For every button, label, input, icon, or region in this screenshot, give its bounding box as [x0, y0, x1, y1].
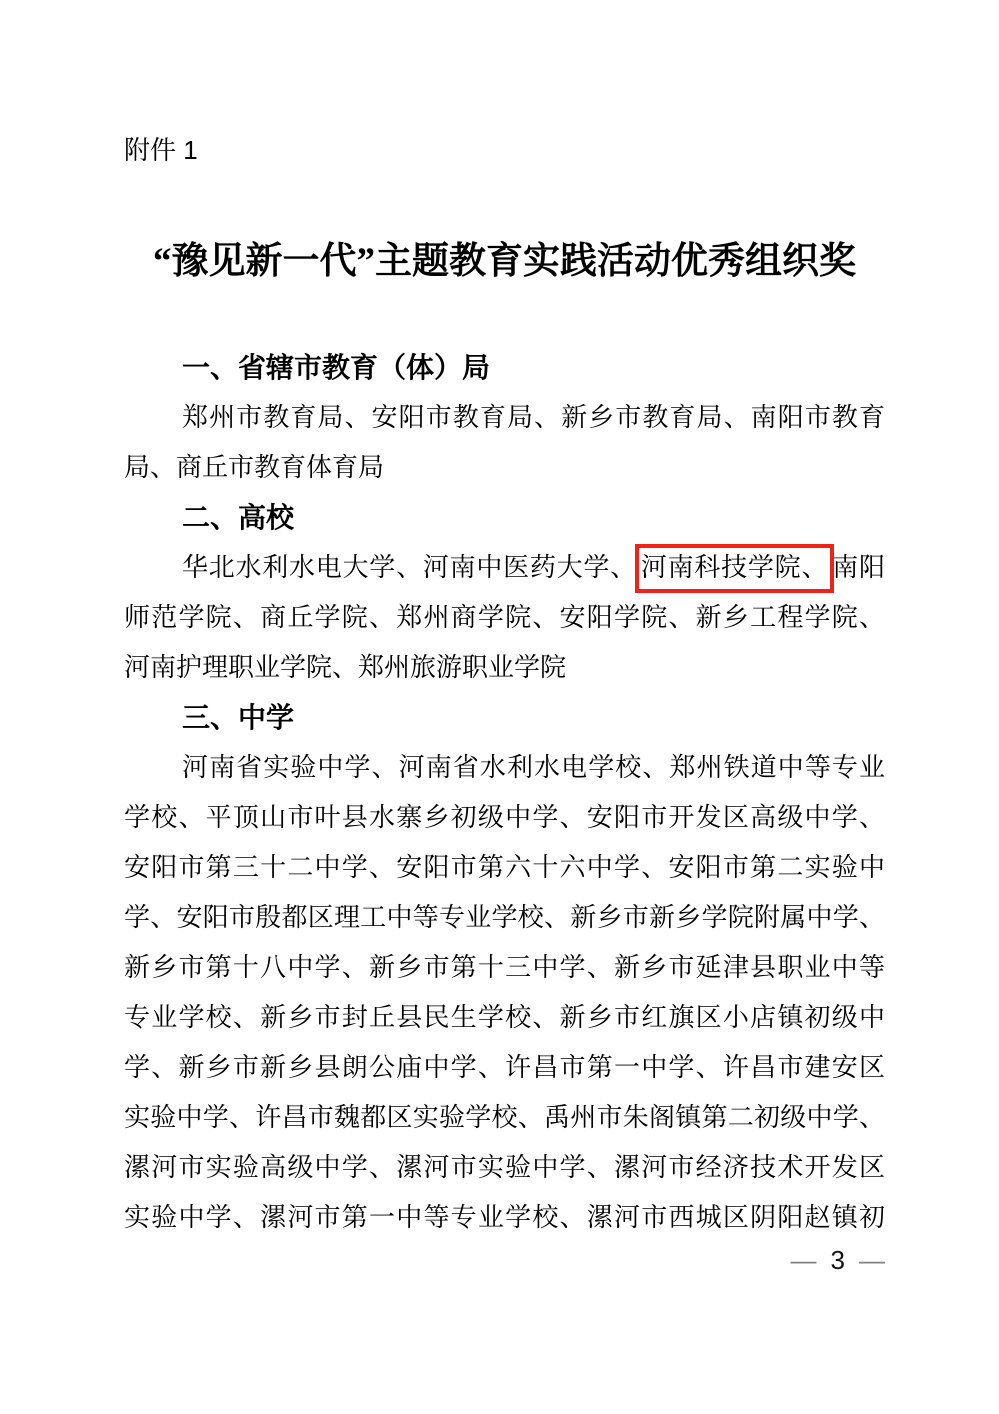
page-number-dash-right: — [859, 1245, 885, 1275]
document-page: 附件 1 “豫见新一代”主题教育实践活动优秀组织奖 一、省辖市教育（体）局 郑州… [0, 0, 999, 1414]
body-line: 学校、平顶山市叶县水寨乡初级中学、安阳市开发区高级中学、 [124, 793, 885, 843]
body-line: 漯河市实验高级中学、漯河市实验中学、漯河市经济技术开发区 [124, 1143, 885, 1193]
body-line: 河南护理职业学院、郑州旅游职业学院 [124, 643, 885, 693]
body-line-with-highlight: 华北水利水电大学、河南中医药大学、河南科技学院、南阳 [124, 543, 885, 593]
body-line: 实验中学、许昌市魏都区实验学校、禹州市朱阁镇第二初级中学、 [124, 1093, 885, 1143]
page-number-dash-left: — [791, 1245, 817, 1275]
attachment-label: 附件 1 [124, 135, 885, 165]
highlight-line-before: 华北水利水电大学、河南中医药大学、 [182, 553, 637, 582]
highlight-box: 河南科技学院、 [635, 544, 834, 593]
body-line: 实验中学、漯河市第一中等专业学校、漯河市西城区阴阳赵镇初 [124, 1193, 885, 1243]
body-line: 学、新乡市新乡县朗公庙中学、许昌市第一中学、许昌市建安区 [124, 1043, 885, 1093]
page-number-value: 3 [831, 1245, 845, 1275]
highlighted-school-name: 河南科技学院、 [641, 553, 828, 582]
document-title: “豫见新一代”主题教育实践活动优秀组织奖 [124, 240, 885, 284]
highlight-line-after: 南阳 [832, 553, 885, 582]
body-line: 局、商丘市教育体育局 [124, 443, 885, 493]
section-heading-middle-schools: 三、中学 [124, 693, 885, 743]
section-heading-city-bureaus: 一、省辖市教育（体）局 [124, 343, 885, 393]
section-heading-universities: 二、高校 [124, 493, 885, 543]
body-line: 新乡市第十八中学、新乡市第十三中学、新乡市延津县职业中等 [124, 943, 885, 993]
body-line: 郑州市教育局、安阳市教育局、新乡市教育局、南阳市教育 [124, 393, 885, 443]
document-body: 一、省辖市教育（体）局 郑州市教育局、安阳市教育局、新乡市教育局、南阳市教育 局… [124, 343, 885, 1243]
body-line: 河南省实验中学、河南省水利水电学校、郑州铁道中等专业 [124, 743, 885, 793]
body-line: 学、安阳市殷都区理工中等专业学校、新乡市新乡学院附属中学、 [124, 893, 885, 943]
body-line: 师范学院、商丘学院、郑州商学院、安阳学院、新乡工程学院、 [124, 593, 885, 643]
body-line: 专业学校、新乡市封丘县民生学校、新乡市红旗区小店镇初级中 [124, 993, 885, 1043]
page-number: —3— [124, 1245, 885, 1275]
body-line: 安阳市第三十二中学、安阳市第六十六中学、安阳市第二实验中 [124, 843, 885, 893]
